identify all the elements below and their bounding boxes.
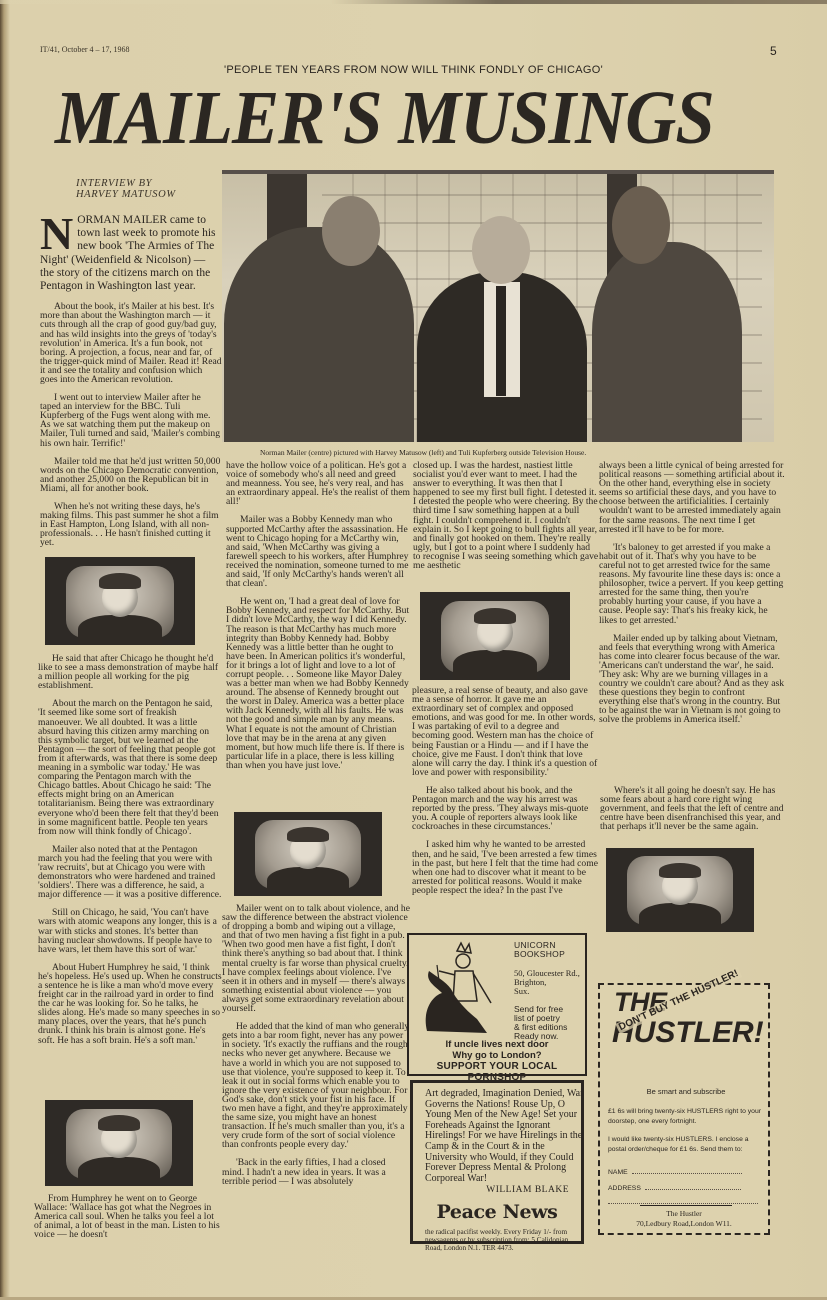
kicker-quote: 'PEOPLE TEN YEARS FROM NOW WILL THINK FO… xyxy=(0,64,827,76)
hustler-subscription-ad: THE HUSTLER! DON'T BUY THE HUSTLER! Be s… xyxy=(598,983,770,1235)
paragraph: I went out to interview Mailer after he … xyxy=(40,393,222,448)
photo-caption: Norman Mailer (centre) pictured with Har… xyxy=(260,448,586,457)
paragraph: have the hollow voice of a politican. He… xyxy=(226,461,412,506)
paragraph: Mailer also noted that at the Pentagon m… xyxy=(38,845,222,900)
paragraph: always been a little cynical of being ar… xyxy=(599,461,785,534)
paragraph: About the march on the Pentagon he said,… xyxy=(38,699,222,835)
tv-still-photo-1 xyxy=(45,557,195,645)
paragraph: Still on Chicago, he said, 'You can't ha… xyxy=(38,908,222,953)
tv-still-photo-5 xyxy=(606,848,754,932)
bookshop-name: UNICORNBOOKSHOP xyxy=(514,941,565,959)
bookshop-slogan: If uncle lives next door Why go to Londo… xyxy=(409,1039,585,1083)
tv-still-photo-4 xyxy=(420,592,570,680)
paragraph: He also talked about his book, and the P… xyxy=(412,786,598,831)
address-field[interactable]: ADDRESS xyxy=(608,1184,764,1194)
tie xyxy=(496,286,506,396)
person-right-kupferberg xyxy=(592,242,742,442)
bookshop-address: 50, Gloucester Rd.,Brighton,Sux. xyxy=(514,969,580,996)
unicorn-rider-illustration-icon xyxy=(417,941,509,1037)
paragraph: He added that the kind of man who genera… xyxy=(222,1022,410,1149)
article-column-1-cont: He said that after Chicago he thought he… xyxy=(38,654,222,1054)
unicorn-bookshop-ad: UNICORNBOOKSHOP 50, Gloucester Rd.,Brigh… xyxy=(407,933,587,1076)
tv-still-photo-3 xyxy=(234,812,382,896)
quote-author: WILLIAM BLAKE xyxy=(486,1185,569,1195)
head-left xyxy=(322,196,380,266)
peace-news-logo: Peace News xyxy=(413,1201,581,1223)
byline-author: HARVEY MATUSOW xyxy=(76,189,176,200)
paragraph: closed up. I was the hardest, nastiest l… xyxy=(413,461,599,570)
hustler-address: The Hustler 70,Ledbury Road,London W11. xyxy=(600,1209,768,1229)
page-title: MAILER'S MUSINGS xyxy=(55,78,725,158)
paragraph: 'It's baloney to get arrested if you mak… xyxy=(599,543,785,625)
paragraph: 'Back in the early fifties, I had a clos… xyxy=(222,1158,410,1185)
blake-quote: Art degraded, Imagination Denied, War Go… xyxy=(425,1089,585,1184)
top-edge xyxy=(0,0,827,4)
byline-label: INTERVIEW BY xyxy=(76,178,176,189)
article-column-3: closed up. I was the hardest, nastiest l… xyxy=(413,461,599,579)
paragraph: From Humphrey he went on to George Walla… xyxy=(34,1194,224,1239)
paragraph: About the book, it's Mailer at his best.… xyxy=(40,302,222,384)
paragraph: Mailer ended up by talking about Vietnam… xyxy=(599,634,785,725)
article-column-1: NORMAN MAILER came to town last week to … xyxy=(40,214,222,556)
name-field[interactable]: NAME xyxy=(608,1168,764,1178)
lead-paragraph: NORMAN MAILER came to town last week to … xyxy=(40,214,222,293)
head-right xyxy=(612,186,670,264)
subscribe-tagline: Be smart and subscribe xyxy=(608,1087,764,1097)
drop-cap: N xyxy=(40,216,73,252)
divider xyxy=(640,1205,732,1206)
person-left-matusow xyxy=(224,227,414,442)
address-field-line xyxy=(645,1189,741,1190)
peace-news-subscription: the radical pacifist weekly. Every Frida… xyxy=(425,1229,585,1252)
paragraph: About Hubert Humphrey he said, 'I think … xyxy=(38,963,222,1045)
paragraph: He went on, 'I had a great deal of love … xyxy=(226,597,412,770)
newspaper-page: IT/41, October 4 – 17, 1968 5 'PEOPLE TE… xyxy=(0,0,827,1300)
paragraph: Mailer was a Bobby Kennedy man who suppo… xyxy=(226,515,412,588)
subscription-offer: £1 6s will bring twenty-six HUSTLERS rig… xyxy=(608,1107,764,1127)
article-column-4-end: Where's it all going he doesn't say. He … xyxy=(600,786,786,840)
paragraph: I asked him why he wanted to be arrested… xyxy=(412,840,598,895)
paragraph: Mailer told me that he'd just written 50… xyxy=(40,457,222,493)
main-photo xyxy=(222,170,774,442)
paragraph: He said that after Chicago he thought he… xyxy=(38,654,222,690)
name-field-line xyxy=(632,1173,742,1174)
address-field-line-2[interactable] xyxy=(608,1198,764,1208)
order-text: I would like twenty-six HUSTLERS. I encl… xyxy=(608,1135,764,1155)
tv-still-photo-2 xyxy=(45,1100,193,1186)
article-column-2-cont: Mailer went on to talk about violence, a… xyxy=(222,904,410,1195)
page-number: 5 xyxy=(770,44,777,58)
bookshop-offer: Send for freelist of poetry& first editi… xyxy=(514,1005,567,1041)
head-centre xyxy=(472,216,530,284)
article-column-3-cont: pleasure, a real sense of beauty, and al… xyxy=(412,686,598,904)
paragraph: pleasure, a real sense of beauty, and al… xyxy=(412,686,598,777)
article-column-1-end: From Humphrey he went on to George Walla… xyxy=(34,1194,224,1248)
paragraph: Mailer went on to talk about violence, a… xyxy=(222,904,410,1013)
issue-date: IT/41, October 4 – 17, 1968 xyxy=(40,45,130,54)
article-column-4: always been a little cynical of being ar… xyxy=(599,461,785,734)
paragraph: Where's it all going he doesn't say. He … xyxy=(600,786,786,831)
peace-news-ad: Art degraded, Imagination Denied, War Go… xyxy=(410,1080,584,1244)
paragraph: When he's not writing these days, he's m… xyxy=(40,502,222,547)
article-column-2: have the hollow voice of a politican. He… xyxy=(226,461,412,779)
byline: INTERVIEW BY HARVEY MATUSOW xyxy=(76,178,176,200)
